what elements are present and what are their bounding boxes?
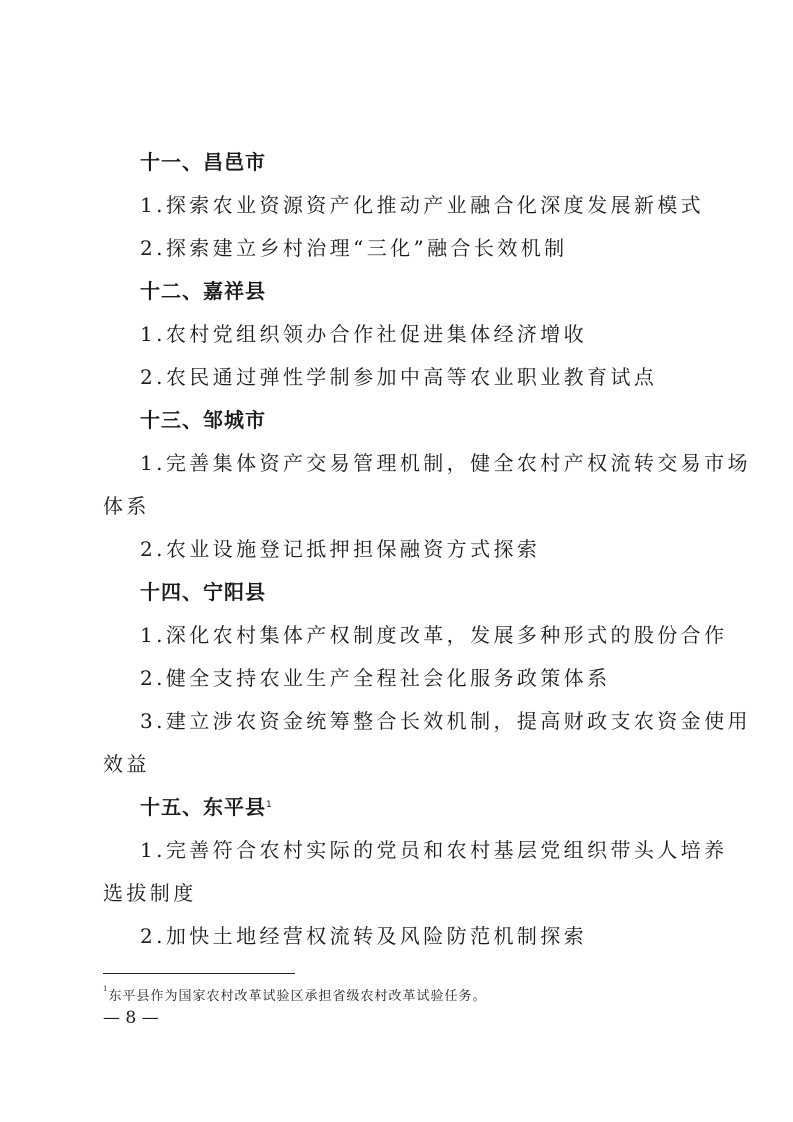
- list-item: 1.探索农业资源资产化推动产业融合化深度发展新模式: [140, 193, 704, 217]
- list-item: 2.健全支持农业生产全程社会化服务政策体系: [140, 666, 610, 690]
- list-item: 1.完善符合农村实际的党员和农村基层党组织带头人培养: [140, 838, 727, 862]
- footnote-divider: [103, 973, 295, 974]
- list-item-continuation: 体系: [103, 494, 150, 518]
- list-item-continuation: 选拔制度: [103, 881, 197, 905]
- list-item: 1.农村党组织领办合作社促进集体经济增收: [140, 322, 587, 346]
- list-item: 1.完善集体资产交易管理机制，健全农村产权流转交易市场: [140, 451, 751, 475]
- list-item: 1.深化农村集体产权制度改革，发展多种形式的股份合作: [140, 623, 727, 647]
- list-item: 2.加快土地经营权流转及风险防范机制探索: [140, 924, 587, 948]
- page-number: — 8 —: [103, 1008, 159, 1028]
- footnote-text: 东平县作为国家农村改革试验区承担省级农村改革试验任务。: [108, 989, 486, 1004]
- section-heading-text: 十五、东平县: [140, 795, 266, 819]
- section-heading: 十三、邹城市: [140, 408, 266, 432]
- footnote-ref: 1: [266, 800, 273, 810]
- list-item: 2.探索建立乡村治理“三化”融合长效机制: [140, 236, 568, 260]
- list-item: 2.农业设施登记抵押担保融资方式探索: [140, 537, 540, 561]
- section-heading: 十二、嘉祥县: [140, 279, 266, 303]
- footnote: 1东平县作为国家农村改革试验区承担省级农村改革试验任务。: [103, 985, 486, 1004]
- document-page: 十一、昌邑市 1.探索农业资源资产化推动产业融合化深度发展新模式 2.探索建立乡…: [0, 0, 793, 1122]
- list-item-continuation: 效益: [103, 752, 150, 776]
- section-heading: 十五、东平县1: [140, 795, 273, 819]
- section-heading: 十一、昌邑市: [140, 150, 266, 174]
- list-item: 3.建立涉农资金统筹整合长效机制，提高财政支农资金使用: [140, 709, 751, 733]
- section-heading: 十四、宁阳县: [140, 580, 266, 604]
- list-item: 2.农民通过弹性学制参加中高等农业职业教育试点: [140, 365, 657, 389]
